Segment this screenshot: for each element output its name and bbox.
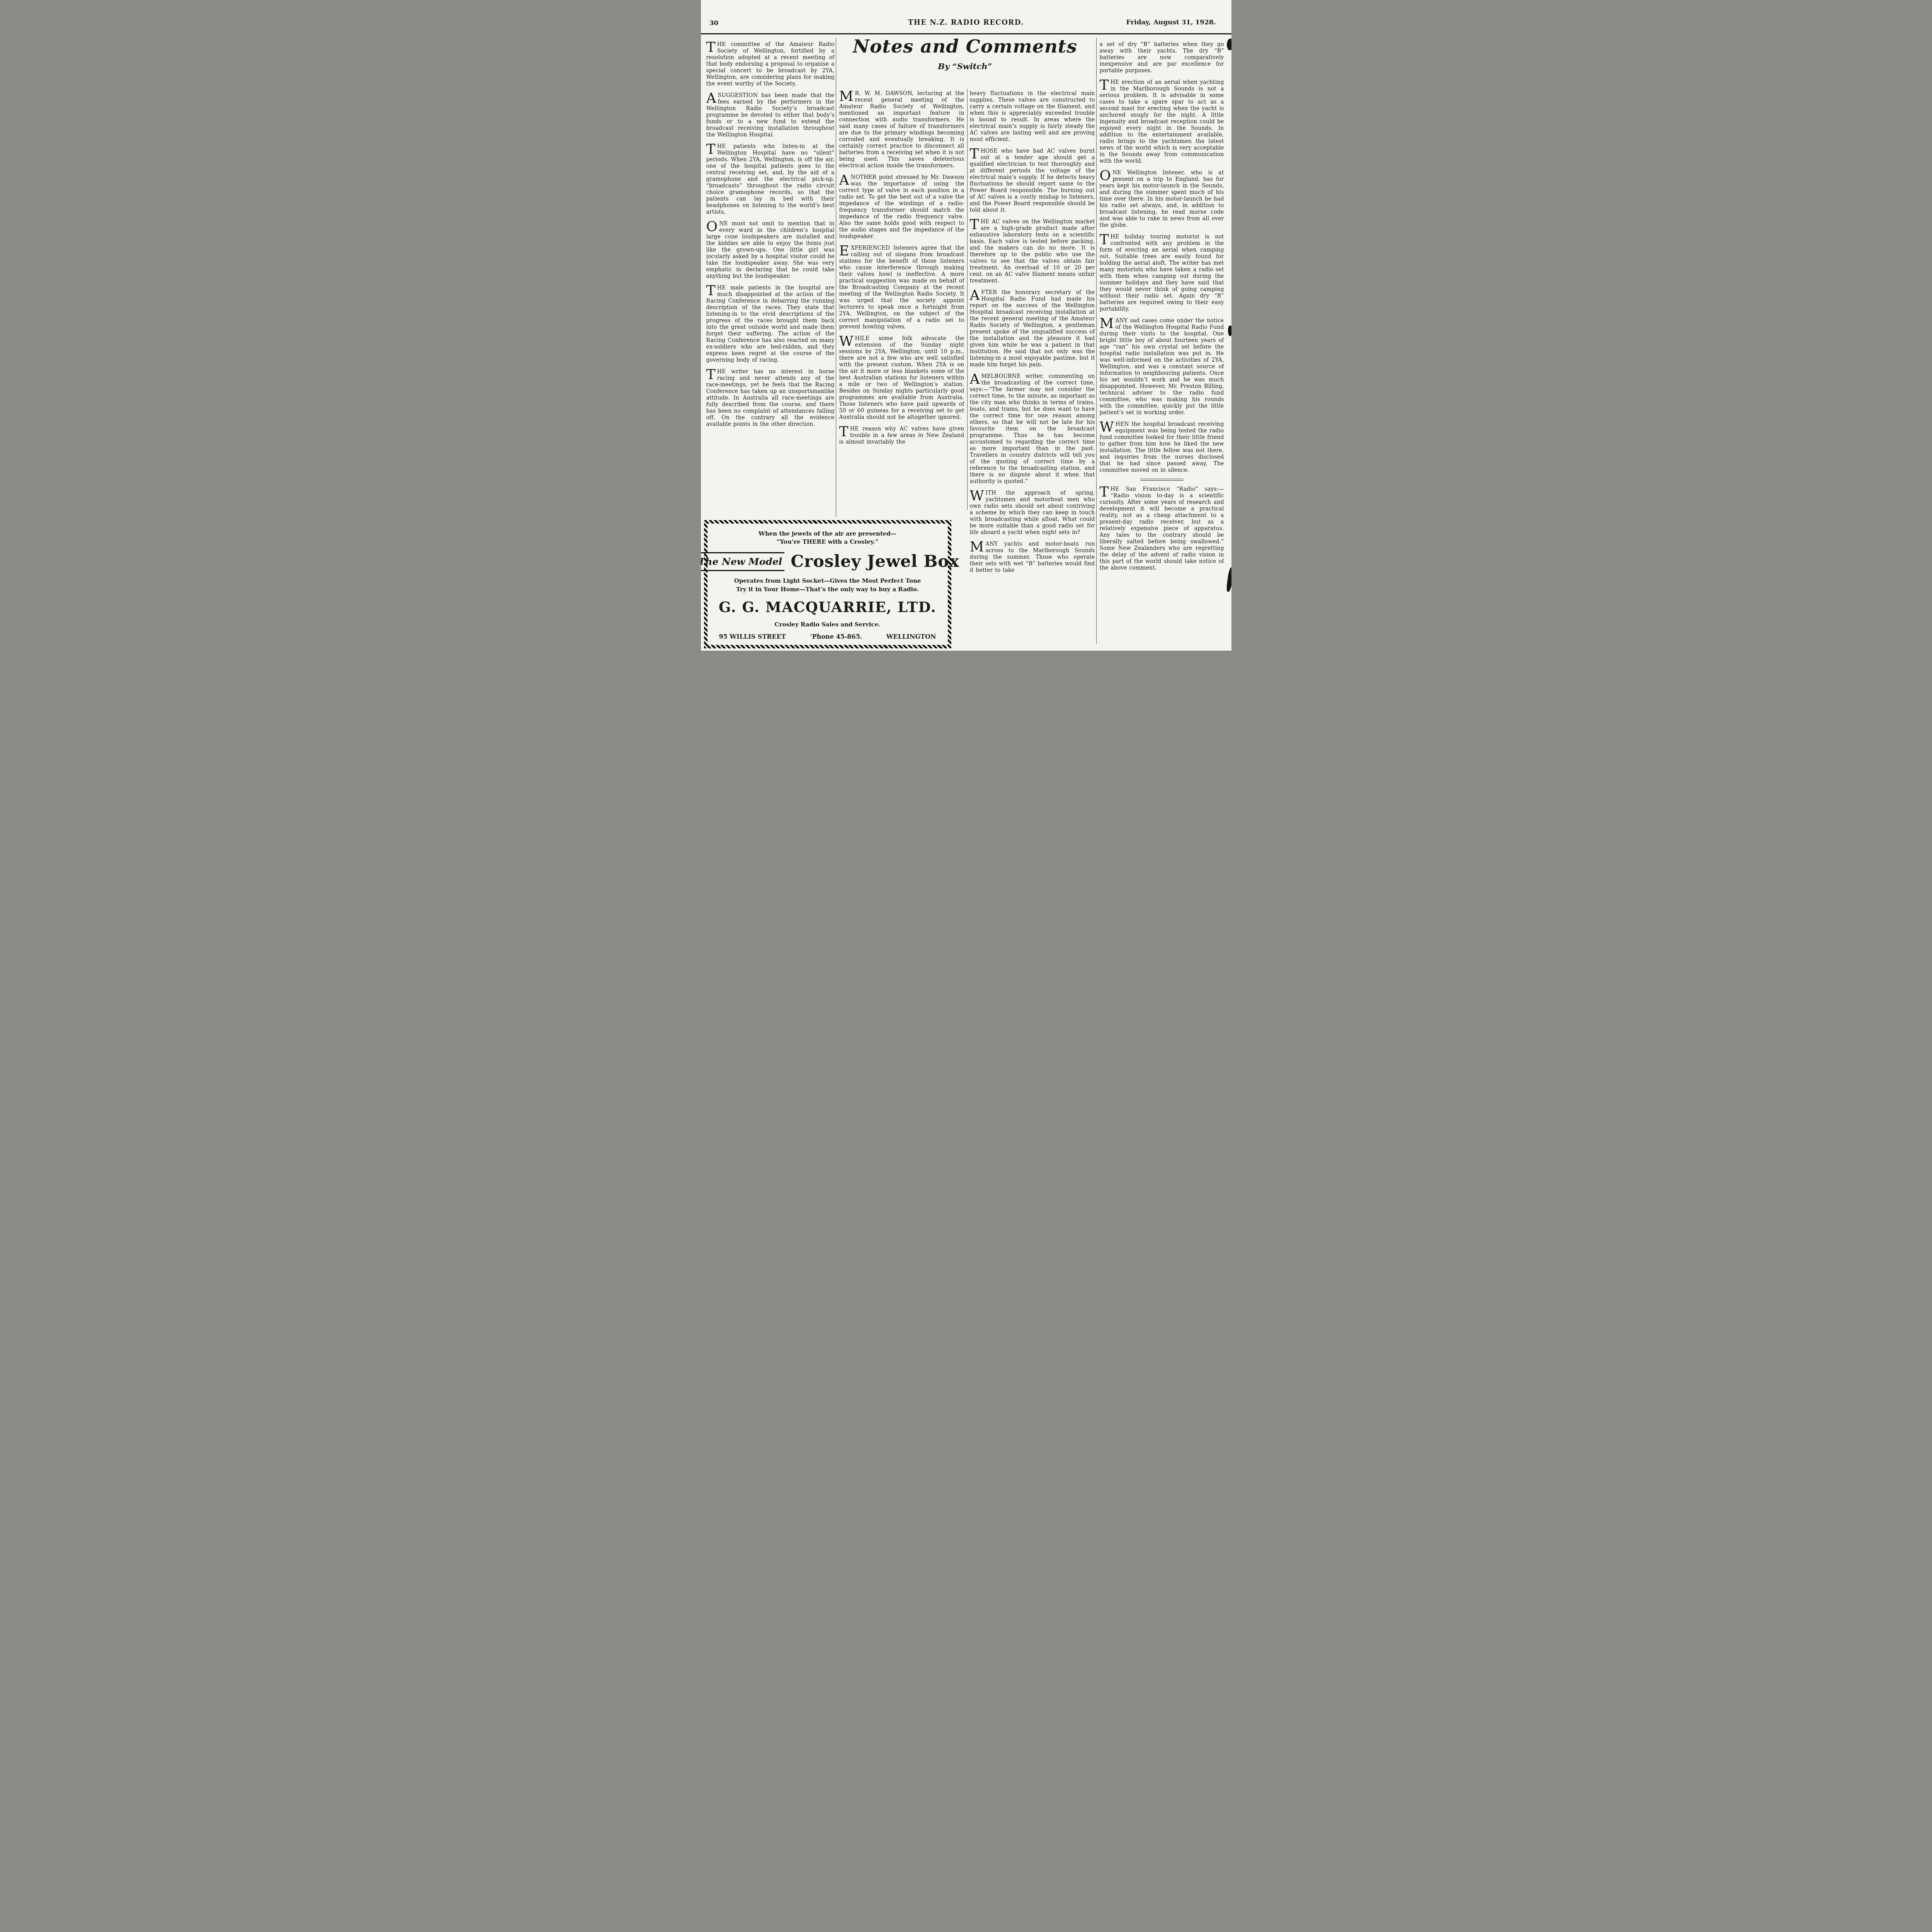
ad-tagline-line2: “You’re THERE with a Crosley.” (759, 538, 896, 546)
ad-tagline-line1: When the jewels of the air are presented… (759, 530, 896, 538)
article-paragraph: ANOTHER point stressed by Mr. Dawson was… (839, 174, 964, 240)
ad-feature-lines: Operates from Light Socket—Gives the Mos… (734, 577, 921, 594)
paragraph-text: SUGGESTION has been made that the fees e… (706, 92, 835, 138)
column-divider-rule (836, 38, 837, 517)
dropcap-letter: T (1100, 80, 1109, 91)
paragraph-text: HEN the hospital broadcast receiving equ… (1100, 421, 1224, 473)
article-paragraph: A MELBOURNE writer, commenting on the br… (970, 373, 1095, 485)
article-paragraph: WHEN the hospital broadcast receiving eq… (1100, 421, 1224, 474)
paragraph-text: R. W. M. DAWSON, lecturing at the recent… (839, 90, 964, 169)
dropcap-letter: T (1100, 486, 1109, 498)
article-byline: By “Switch” (838, 61, 1092, 71)
section-divider-rule (1140, 479, 1184, 481)
ad-model-label: The New Model (701, 552, 785, 571)
article-paragraph: WHILE some folk advocate the extension o… (839, 335, 964, 421)
paragraph-text: ITH the approach of spring, yachtsmen an… (970, 490, 1095, 536)
dropcap-letter: A (706, 93, 716, 104)
text-column-1: THE committee of the Amateur Radio Socie… (706, 41, 835, 512)
ad-address-row: 95 WILLIS STREET ’Phone 45-865. WELLINGT… (719, 633, 936, 640)
ink-smudge (1228, 325, 1231, 336)
dropcap-letter: T (970, 219, 979, 230)
article-paragraph: THE erection of an aerial when yachting … (1100, 79, 1224, 165)
article-paragraph: THOSE who have had AC valves burnt out a… (970, 148, 1095, 214)
dropcap-letter: E (839, 245, 849, 257)
ad-product-row: The New Model Crosley Jewel Box (701, 552, 959, 571)
ad-phone-number: ’Phone 45-865. (810, 633, 862, 640)
article-paragraph: EXPERIENCED listeners agree that the cal… (839, 245, 964, 330)
paragraph-text: HE erection of an aerial when yachting i… (1100, 79, 1224, 164)
ad-service-line: Crosley Radio Sales and Service. (775, 621, 881, 628)
dropcap-letter: W (970, 490, 984, 502)
dropcap-letter: T (1100, 234, 1109, 245)
headline-block: Notes and Comments By “Switch” (838, 37, 1092, 71)
paragraph-text: FTER the honorary secretary of the Hospi… (970, 289, 1095, 368)
article-paragraph: WITH the approach of spring, yachtsmen a… (970, 490, 1095, 536)
article-paragraph: A SUGGESTION has been made that the fees… (706, 92, 835, 138)
article-paragraph: ONE must not omit to mention that in eve… (706, 221, 835, 280)
ad-product-name: Crosley Jewel Box (791, 552, 959, 571)
dropcap-letter: A (970, 374, 980, 385)
article-paragraph: MANY sad cases come under the notice of … (1100, 318, 1224, 416)
article-paragraph: THE holiday touring motorist is not conf… (1100, 234, 1224, 313)
article-paragraph: heavy fluctuations in the electrical mai… (970, 90, 1095, 143)
paragraph-text: HE writer has no interest in horse racin… (706, 369, 835, 427)
article-headline: Notes and Comments (838, 37, 1092, 56)
dropcap-letter: T (706, 369, 716, 380)
dropcap-letter: T (706, 285, 716, 296)
dropcap-letter: M (1100, 318, 1114, 329)
masthead-rule (701, 33, 1231, 34)
ad-street-address: 95 WILLIS STREET (719, 633, 786, 640)
article-paragraph: THE reason why AC valves have given trou… (839, 426, 964, 446)
dropcap-letter: A (839, 175, 849, 186)
paragraph-text: NOTHER point stressed by Mr. Dawson was … (839, 174, 964, 240)
paragraph-text: heavy fluctuations in the electrical mai… (970, 90, 1095, 143)
article-paragraph: THE patients who listen-in at the Wellin… (706, 143, 835, 216)
dropcap-letter: T (970, 148, 979, 160)
crosley-advertisement: When the jewels of the air are presented… (704, 520, 951, 648)
article-paragraph: THE writer has no interest in horse raci… (706, 369, 835, 428)
paragraph-text: HOSE who have had AC valves burnt out at… (970, 148, 1095, 213)
dropcap-letter: M (970, 541, 984, 553)
ad-company-name: G. G. MACQUARRIE, LTD. (719, 599, 936, 616)
text-column-4: a set of dry “B” batteries when they go … (1100, 41, 1224, 644)
paragraph-text: ANY sad cases come under the notice of t… (1100, 318, 1224, 416)
ink-smudge (1226, 567, 1231, 592)
masthead: 30 THE N.Z. RADIO RECORD. Friday, August… (701, 17, 1231, 30)
article-paragraph: a set of dry “B” batteries when they go … (1100, 41, 1224, 74)
dropcap-letter: T (706, 42, 716, 53)
advertisement-content: When the jewels of the air are presented… (707, 524, 948, 645)
paragraph-text: ANY yachts and motor-boats run across to… (970, 541, 1095, 573)
dropcap-letter: A (970, 290, 980, 301)
ad-city: WELLINGTON (886, 633, 936, 640)
dropcap-letter: T (706, 144, 716, 155)
column-4-upper-section: a set of dry “B” batteries when they go … (1100, 41, 1224, 474)
dropcap-letter: W (839, 336, 854, 347)
dropcap-letter: O (1100, 170, 1111, 181)
paragraph-text: HE holiday touring motorist is not confr… (1100, 234, 1224, 312)
paragraph-text: HE AC valves on the Wellington market ar… (970, 219, 1095, 284)
text-column-2: MR. W. M. DAWSON, lecturing at the recen… (839, 90, 964, 508)
article-paragraph: AFTER the honorary secretary of the Hosp… (970, 289, 1095, 368)
paragraph-text: XPERIENCED listeners agree that the call… (839, 245, 964, 330)
dropcap-letter: W (1100, 422, 1114, 433)
article-paragraph: THE committee of the Amateur Radio Socie… (706, 41, 835, 87)
article-paragraph: MANY yachts and motor-boats run across t… (970, 541, 1095, 574)
ad-feature-line2: Try it in Your Home—That’s the only way … (734, 585, 921, 594)
article-paragraph: THE AC valves on the Wellington market a… (970, 219, 1095, 284)
paragraph-text: MELBOURNE writer, commenting on the broa… (970, 373, 1095, 485)
paragraph-text: NE must not omit to mention that in ever… (706, 221, 835, 279)
ad-feature-line1: Operates from Light Socket—Gives the Mos… (734, 577, 921, 585)
paragraph-text: HE San Francisco “Radio” says:— “Radio v… (1100, 486, 1224, 571)
column-divider-rule (967, 89, 968, 510)
column-4-lower-section: THE San Francisco “Radio” says:— “Radio … (1100, 486, 1224, 571)
ink-smudge (1227, 39, 1231, 50)
paragraph-text: HE committee of the Amateur Radio Societ… (706, 41, 835, 87)
paragraph-text: HE reason why AC valves have given troub… (839, 426, 964, 445)
article-paragraph: MR. W. M. DAWSON, lecturing at the recen… (839, 90, 964, 169)
article-paragraph: ONE Wellington listener, who is at prese… (1100, 170, 1224, 229)
paragraph-text: HE male patients in the hospital are muc… (706, 285, 835, 363)
column-divider-rule (1096, 38, 1097, 644)
paragraph-text: HILE some folk advocate the extension of… (839, 335, 964, 420)
article-paragraph: THE male patients in the hospital are mu… (706, 285, 835, 364)
dropcap-letter: O (706, 221, 718, 232)
article-paragraph: THE San Francisco “Radio” says:— “Radio … (1100, 486, 1224, 571)
issue-date: Friday, August 31, 1928. (1126, 19, 1216, 26)
paragraph-text: HE patients who listen-in at the Welling… (706, 143, 835, 215)
newspaper-page: 30 THE N.Z. RADIO RECORD. Friday, August… (701, 0, 1231, 651)
text-column-3: heavy fluctuations in the electrical mai… (970, 90, 1095, 644)
dropcap-letter: T (839, 426, 849, 437)
paragraph-text: NE Wellington listener, who is at presen… (1100, 170, 1224, 228)
ad-taglines: When the jewels of the air are presented… (759, 530, 896, 546)
paragraph-text: a set of dry “B” batteries when they go … (1100, 41, 1224, 74)
dropcap-letter: M (839, 91, 854, 102)
